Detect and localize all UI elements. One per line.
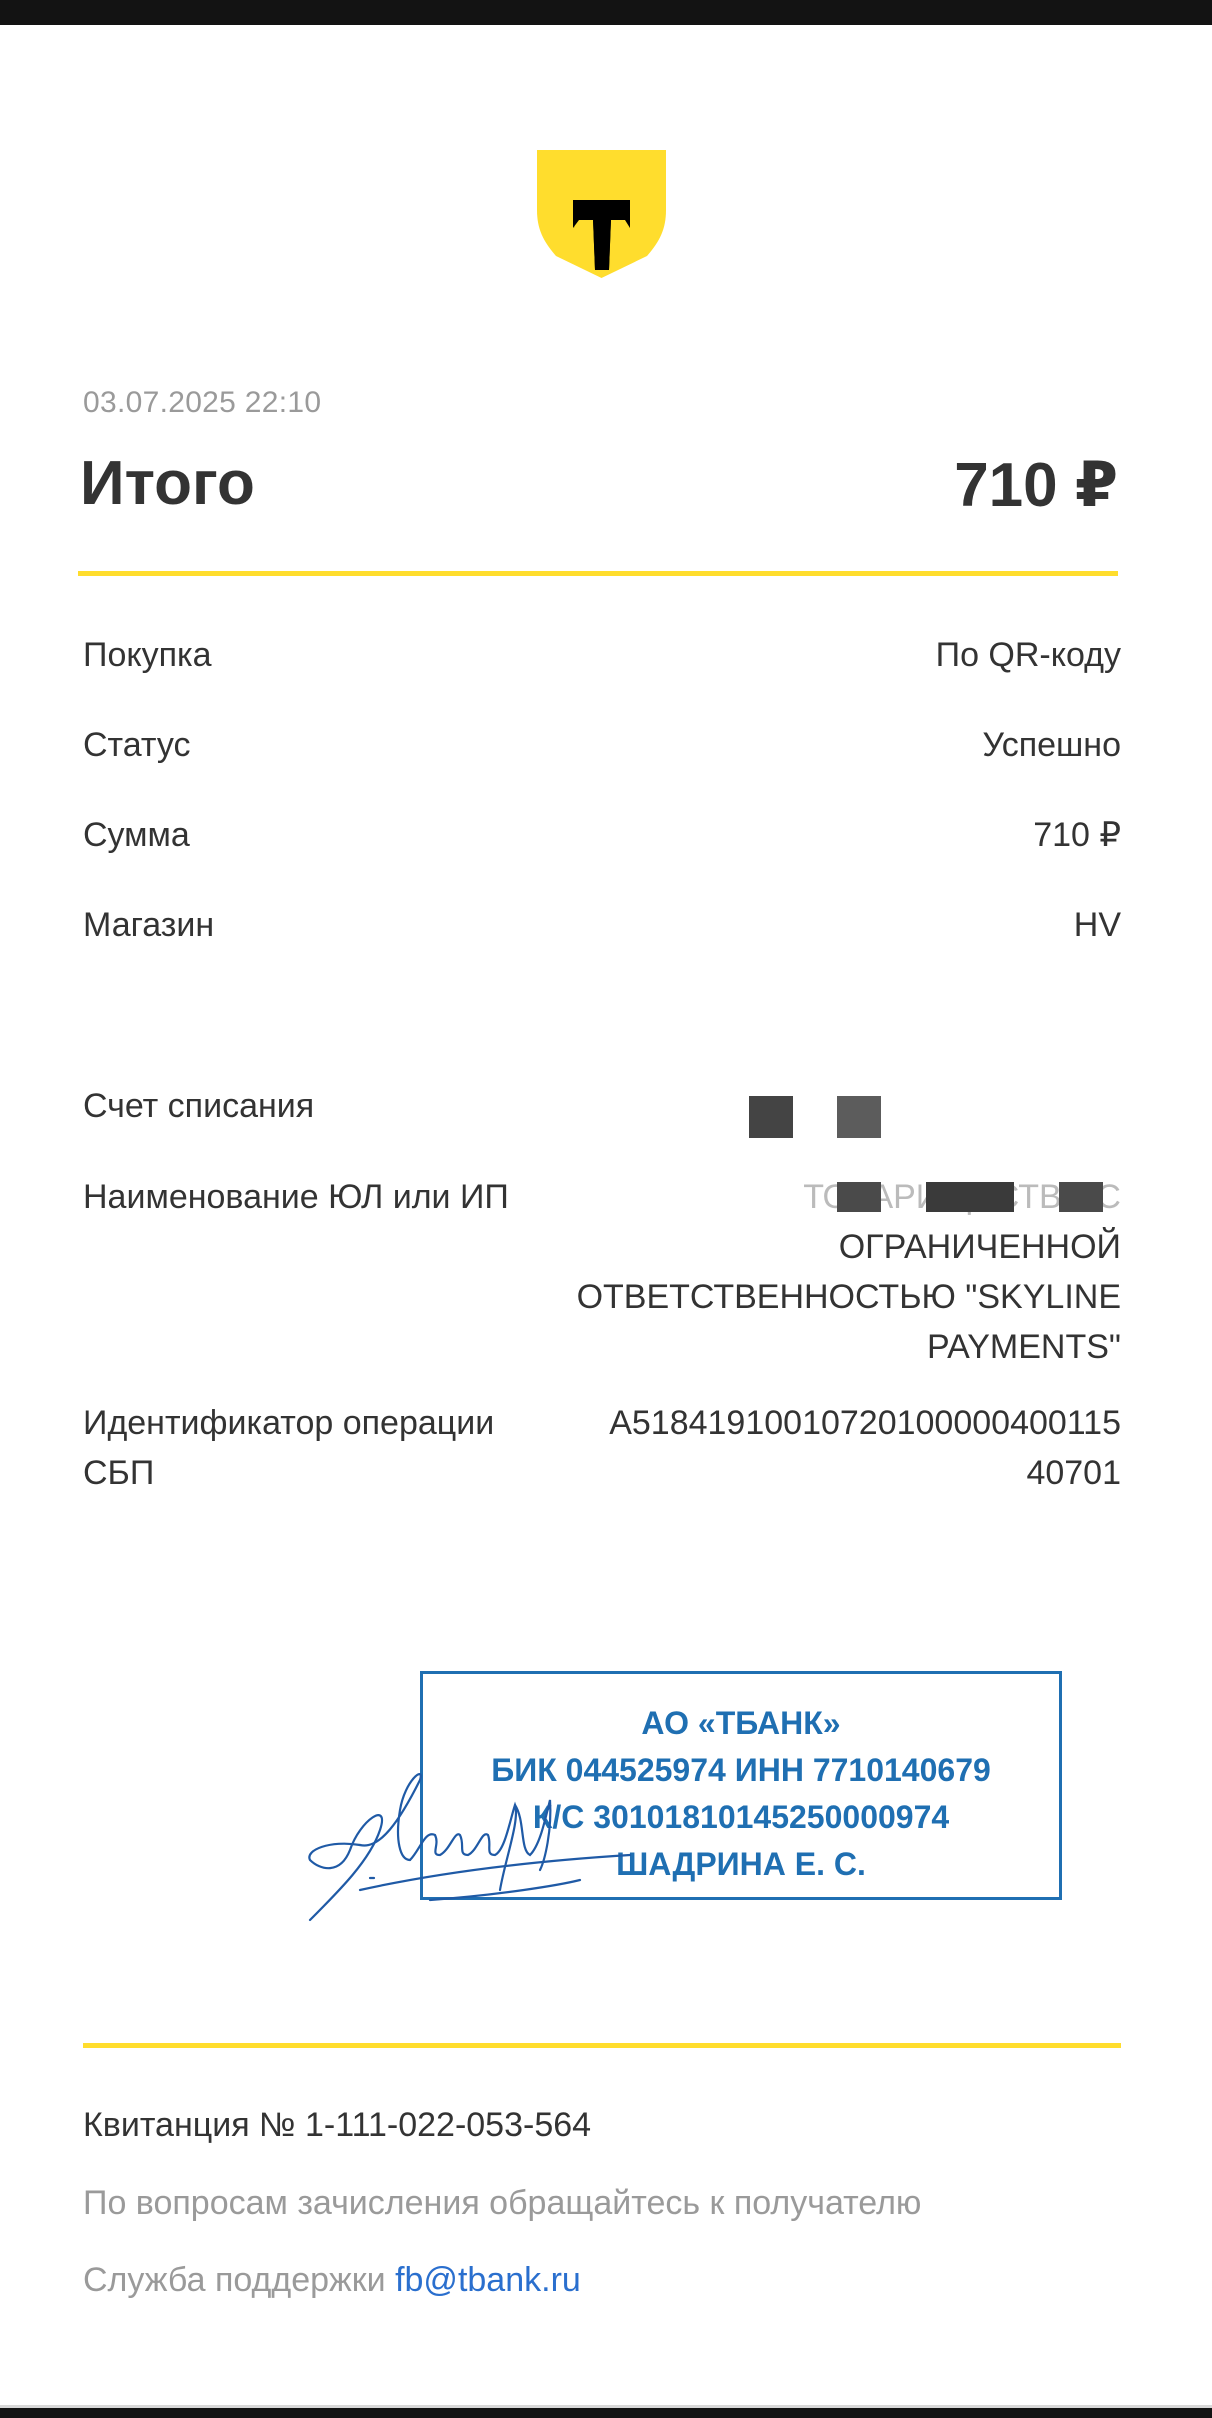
legal-entity-line: ОГРАНИЧЕННОЙ bbox=[561, 1222, 1121, 1272]
top-bar bbox=[0, 0, 1212, 25]
total-value: 710 ₽ bbox=[954, 448, 1118, 521]
operation-id-label-line: СБП bbox=[83, 1448, 494, 1498]
detail-row-operation-id: Идентификатор операции СБП A518419100107… bbox=[83, 1398, 1121, 1498]
detail-label: Покупка bbox=[83, 630, 212, 680]
operation-id-value-line: 40701 bbox=[609, 1448, 1121, 1498]
detail-label: Наименование ЮЛ или ИП bbox=[83, 1172, 509, 1222]
legal-entity-line: ОТВЕТСТВЕННОСТЬЮ "SKYLINE bbox=[561, 1272, 1121, 1322]
detail-label: Счет списания bbox=[83, 1081, 314, 1131]
support-line: Служба поддержки fb@tbank.ru bbox=[83, 2261, 581, 2300]
operation-id-value-line: A51841910010720100000400115 bbox=[609, 1398, 1121, 1448]
redacted-block bbox=[1059, 1182, 1103, 1212]
redacted-block bbox=[749, 1096, 793, 1138]
redacted-block bbox=[926, 1182, 1014, 1212]
support-label: Служба поддержки bbox=[83, 2261, 395, 2299]
bottom-bar bbox=[0, 2405, 1212, 2418]
detail-value: По QR-коду bbox=[936, 630, 1121, 680]
total-label: Итого bbox=[80, 448, 255, 519]
detail-label: Магазин bbox=[83, 900, 214, 950]
detail-value: 710 ₽ bbox=[1033, 810, 1121, 860]
transaction-datetime: 03.07.2025 22:10 bbox=[83, 386, 321, 420]
detail-label: Статус bbox=[83, 720, 190, 770]
support-email-link[interactable]: fb@tbank.ru bbox=[395, 2261, 581, 2299]
detail-row-legal-entity: Наименование ЮЛ или ИП ТОВАРИЩЕСТВО С ОГ… bbox=[83, 1172, 1121, 1372]
redacted-block bbox=[837, 1182, 881, 1212]
detail-label: Сумма bbox=[83, 810, 190, 860]
signature-icon bbox=[300, 1760, 660, 1930]
divider-bottom bbox=[83, 2043, 1121, 2048]
operation-id-label-line: Идентификатор операции bbox=[83, 1398, 494, 1448]
redacted-block bbox=[837, 1096, 881, 1138]
detail-value: Успешно bbox=[982, 720, 1121, 770]
tbank-logo-icon bbox=[537, 150, 666, 278]
recipient-note: По вопросам зачисления обращайтесь к пол… bbox=[83, 2184, 921, 2223]
divider-top bbox=[78, 571, 1118, 576]
operation-id-value: A51841910010720100000400115 40701 bbox=[609, 1398, 1121, 1498]
detail-label: Идентификатор операции СБП bbox=[83, 1398, 494, 1498]
legal-entity-line: PAYMENTS" bbox=[561, 1322, 1121, 1372]
stamp-line: АО «ТБАНК» bbox=[423, 1700, 1059, 1747]
receipt-number: Квитанция № 1-111-022-053-564 bbox=[83, 2106, 591, 2145]
detail-value: HV bbox=[1074, 900, 1121, 950]
